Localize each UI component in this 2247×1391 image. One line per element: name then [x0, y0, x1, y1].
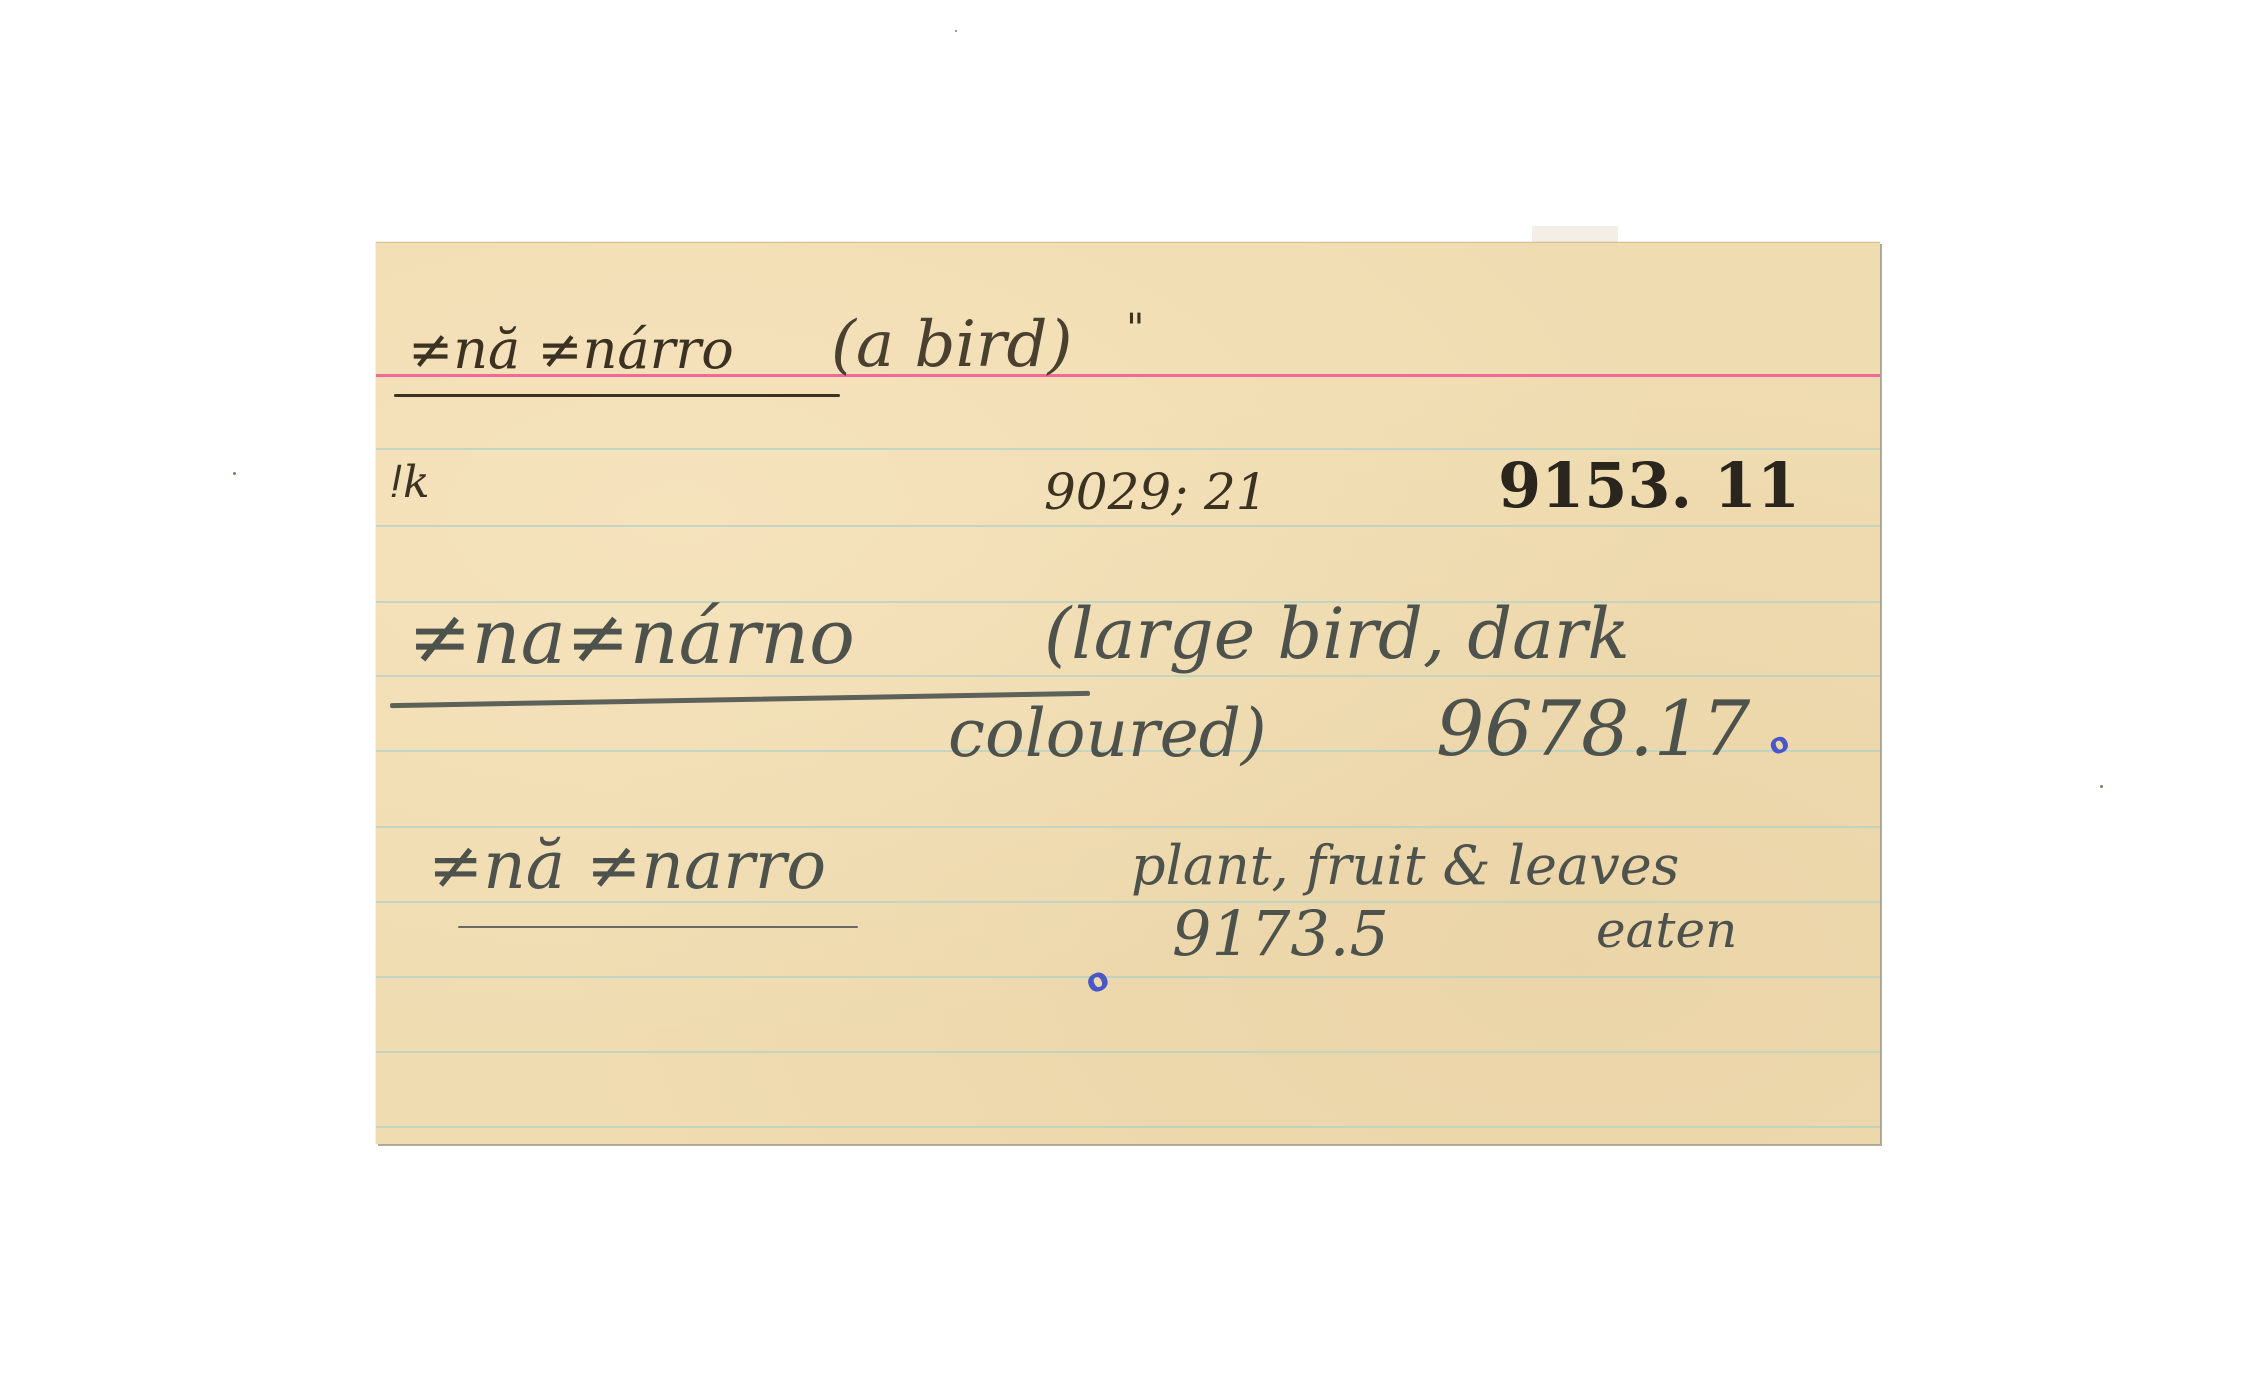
rule-line	[376, 525, 1880, 527]
entry4-blue-check-mark: o	[1079, 958, 1115, 1002]
entry2-ref2: 9153. 11	[1498, 455, 1800, 517]
rule-line	[376, 976, 1880, 978]
entry1-gloss: (a bird)	[831, 313, 1072, 377]
entry3-ref: 9678.17	[1436, 691, 1750, 767]
scan-paper-tab	[1532, 226, 1618, 242]
scan-speck	[955, 30, 957, 32]
entry4-gloss-line2: eaten	[1596, 905, 1737, 955]
entry4-gloss-line1: plant, fruit & leaves	[1131, 839, 1679, 893]
entry2-label: ǃk	[390, 461, 430, 505]
entry3-gloss-line2: coloured)	[948, 701, 1267, 767]
rule-line	[376, 1126, 1880, 1128]
entry3-blue-check-mark: o	[1763, 724, 1794, 762]
entry3-term: ≠na≠nárno	[408, 599, 855, 675]
entry4-ref: 9173.5	[1172, 903, 1389, 965]
scan-speck	[233, 472, 236, 475]
scan-speck	[2100, 785, 2103, 788]
entry1-underline	[394, 394, 840, 397]
entry1-ditto-mark: "	[1126, 309, 1144, 349]
entry1-term: ≠nă ≠nárro	[408, 323, 734, 377]
entry4-underline	[458, 926, 858, 928]
rule-line	[376, 1051, 1880, 1053]
entry3-gloss-line1: (large bird, dark	[1044, 599, 1630, 669]
entry2-ref1: 9029; 21	[1044, 467, 1268, 517]
entry4-term: ≠nă ≠narro	[428, 833, 826, 899]
index-card: ≠nă ≠nárro (a bird) " ǃk 9029; 21 9153. …	[376, 242, 1880, 1144]
